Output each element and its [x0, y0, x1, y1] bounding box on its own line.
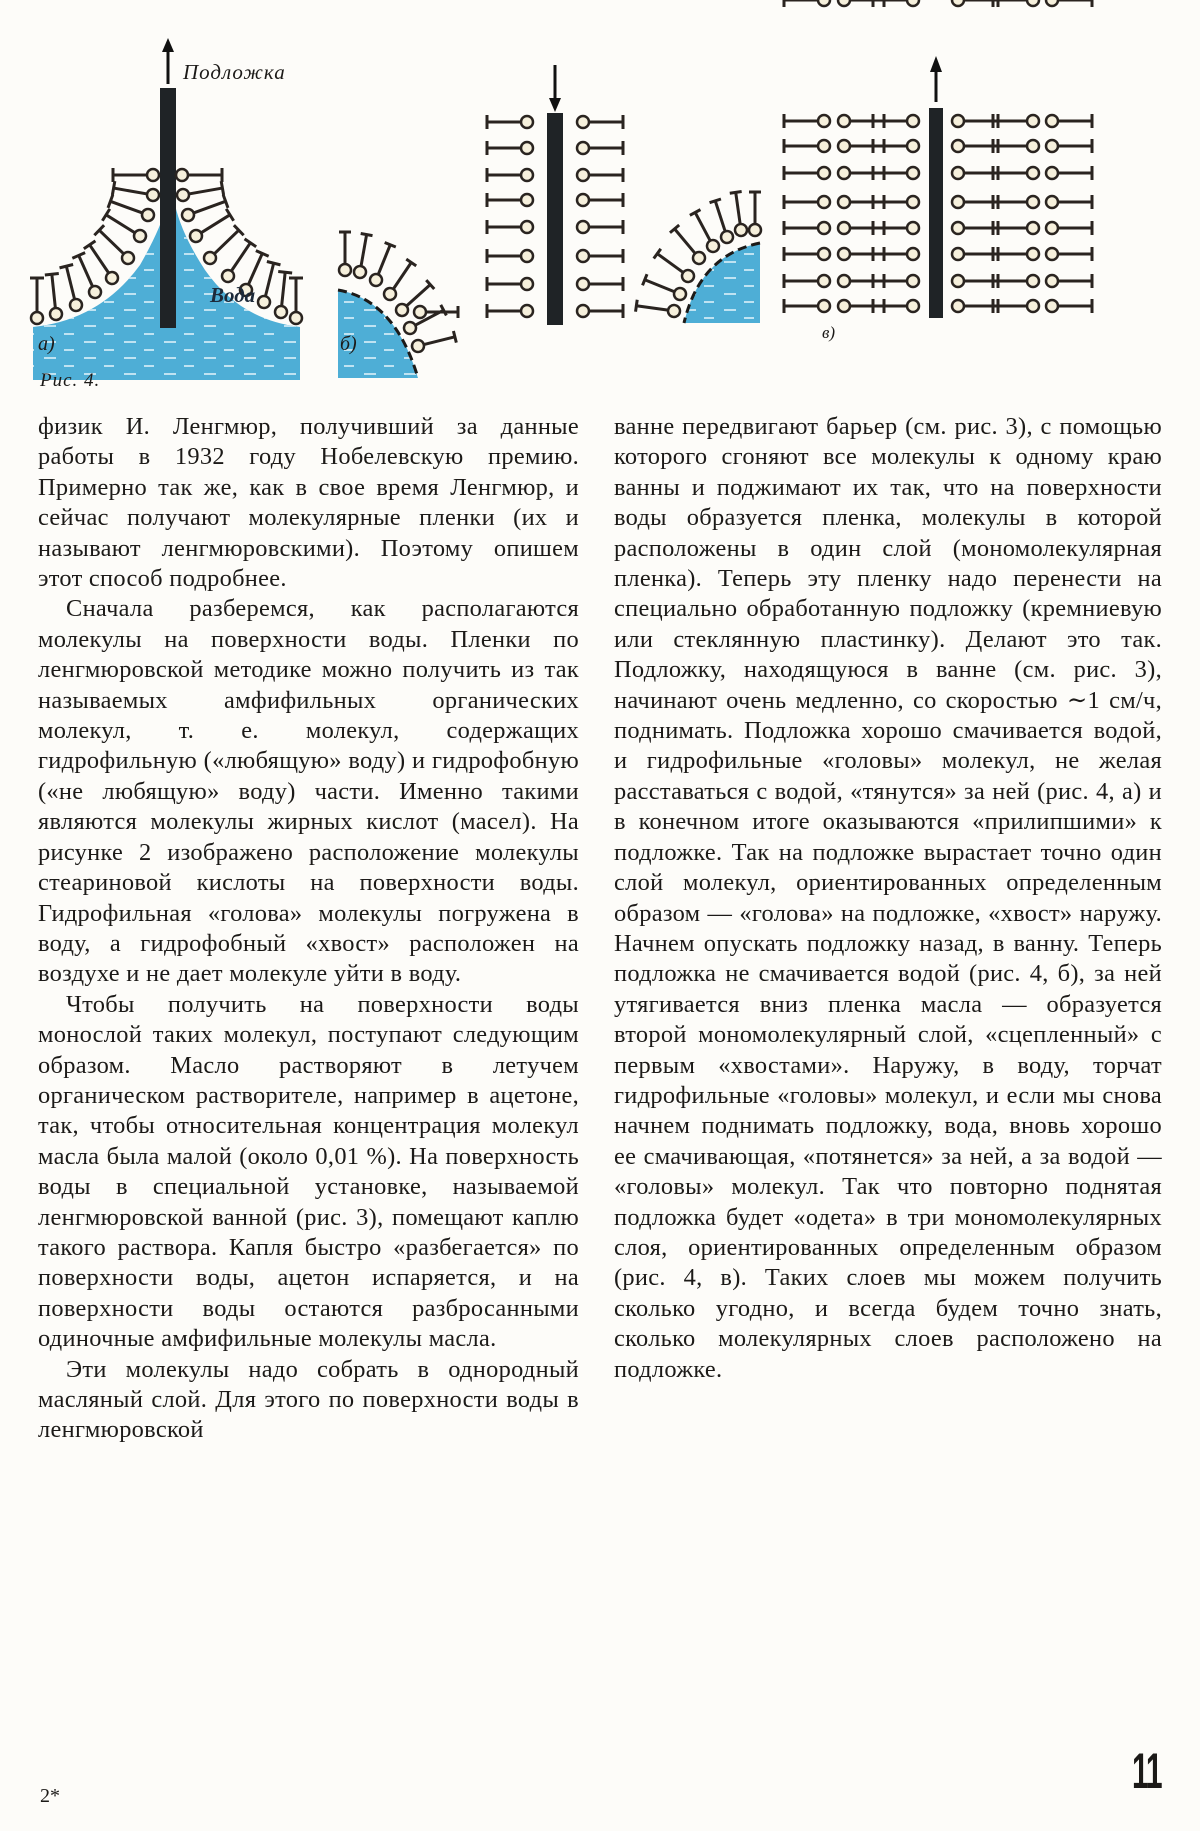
page-number: 11 [1132, 1742, 1161, 1800]
substrate-bar [547, 113, 563, 325]
panel-v-diagram [784, 0, 1092, 318]
substrate-bar [160, 88, 176, 328]
figure-caption: Рис. 4. [40, 370, 100, 392]
paragraph: Эти молекулы надо собрать в однородный м… [38, 1355, 579, 1446]
paragraph: Сначала разберемся, как располагаются мо… [38, 594, 579, 989]
printer-signature: 2* [40, 1785, 60, 1808]
panel-a-label: а) [38, 333, 55, 356]
paragraph: физик И. Ленгмюр, получивший за данные р… [38, 412, 579, 594]
figure-4-illustration [0, 0, 1200, 400]
arrow-up-icon [930, 56, 942, 72]
arrow-down-icon [549, 98, 561, 112]
figure-4: Подложка Вода а) б) в) Рис. 4. [0, 0, 1200, 400]
substrate-label: Подложка [183, 60, 286, 85]
article-right-column: ванне передвигают барьер (см. рис. 3), с… [614, 412, 1162, 1385]
water-label: Вода [210, 283, 255, 308]
paragraph: Чтобы получить на поверхности воды монос… [38, 990, 579, 1355]
panel-v-label: в) [822, 323, 835, 343]
panel-b-label: б) [340, 333, 357, 356]
substrate-bar [929, 108, 943, 318]
article-left-column: физик И. Ленгмюр, получивший за данные р… [38, 412, 579, 1446]
paragraph: ванне передвигают барьер (см. рис. 3), с… [614, 412, 1162, 1385]
panel-b-diagram [338, 65, 761, 378]
arrow-up-icon [162, 38, 174, 52]
panel-a-diagram [30, 38, 303, 380]
